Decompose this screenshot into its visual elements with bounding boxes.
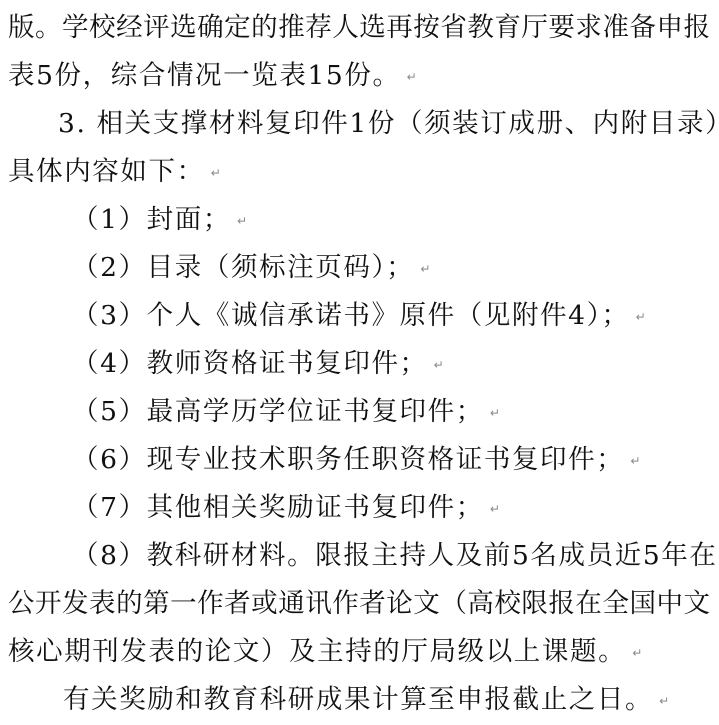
list-item-4: （4）教师资格证书复印件；↵: [72, 340, 444, 388]
text-line-13: 公开发表的第一作者或通讯作者论文（高校限报在全国中文: [8, 580, 710, 628]
line-text: （8）教科研材料。限报主持人及前5名成员近5年在: [72, 540, 717, 571]
paragraph-mark-icon: ↵: [211, 166, 221, 180]
line-text: （3）个人《诚信承诺书》原件（见附件4）；: [72, 300, 630, 331]
paragraph-mark-icon: ↵: [636, 310, 646, 324]
line-text: 有关奖励和教育科研成果计算至申报截止之日。: [63, 684, 653, 715]
text-line-4: 具体内容如下：↵: [8, 148, 221, 196]
line-text: （7）其他相关奖励证书复印件；: [72, 492, 484, 523]
line-text: 具体内容如下：: [8, 156, 205, 187]
list-item-7: （7）其他相关奖励证书复印件；↵: [72, 484, 500, 532]
list-item-2: （2）目录（须标注页码）；↵: [72, 244, 430, 292]
line-text: （4）教师资格证书复印件；: [72, 348, 428, 379]
paragraph-mark-icon: ↵: [630, 454, 640, 468]
list-item-8: （8）教科研材料。限报主持人及前5名成员近5年在: [72, 532, 717, 580]
list-item-6: （6）现专业技术职务任职资格证书复印件；↵: [72, 436, 640, 484]
text-line-3: 3. 相关支撑材料复印件1份（须装订成册、内附目录）: [58, 100, 719, 148]
line-text: （5）最高学历学位证书复印件；: [72, 396, 484, 427]
text-line-15: 有关奖励和教育科研成果计算至申报截止之日。↵: [63, 676, 669, 724]
line-text: （6）现专业技术职务任职资格证书复印件；: [72, 444, 624, 475]
paragraph-mark-icon: ↵: [490, 406, 500, 420]
line-text: （1）封面；: [72, 204, 231, 235]
paragraph-mark-icon: ↵: [420, 262, 430, 276]
line-text: 版。学校经评选确定的推荐人选再按省教育厅要求准备申报: [8, 12, 710, 43]
line-text: 公开发表的第一作者或通讯作者论文（高校限报在全国中文: [8, 588, 710, 619]
list-item-3: （3）个人《诚信承诺书》原件（见附件4）；↵: [72, 292, 646, 340]
paragraph-mark-icon: ↵: [407, 70, 417, 84]
text-line-14: 核心期刊发表的论文）及主持的厅局级以上课题。↵: [8, 628, 642, 676]
paragraph-mark-icon: ↵: [434, 358, 444, 372]
line-text: 表5份，综合情况一览表15份。: [8, 60, 401, 91]
list-item-1: （1）封面；↵: [72, 196, 247, 244]
paragraph-mark-icon: ↵: [237, 214, 247, 228]
paragraph-mark-icon: ↵: [490, 502, 500, 516]
line-text: 3. 相关支撑材料复印件1份（须装订成册、内附目录）: [58, 108, 719, 139]
text-line-2: 表5份，综合情况一览表15份。↵: [8, 52, 417, 100]
text-line-1: 版。学校经评选确定的推荐人选再按省教育厅要求准备申报: [8, 4, 710, 52]
paragraph-mark-icon: ↵: [659, 694, 669, 708]
line-text: 核心期刊发表的论文）及主持的厅局级以上课题。: [8, 636, 626, 667]
list-item-5: （5）最高学历学位证书复印件；↵: [72, 388, 500, 436]
line-text: （2）目录（须标注页码）；: [72, 252, 414, 283]
paragraph-mark-icon: ↵: [632, 646, 642, 660]
